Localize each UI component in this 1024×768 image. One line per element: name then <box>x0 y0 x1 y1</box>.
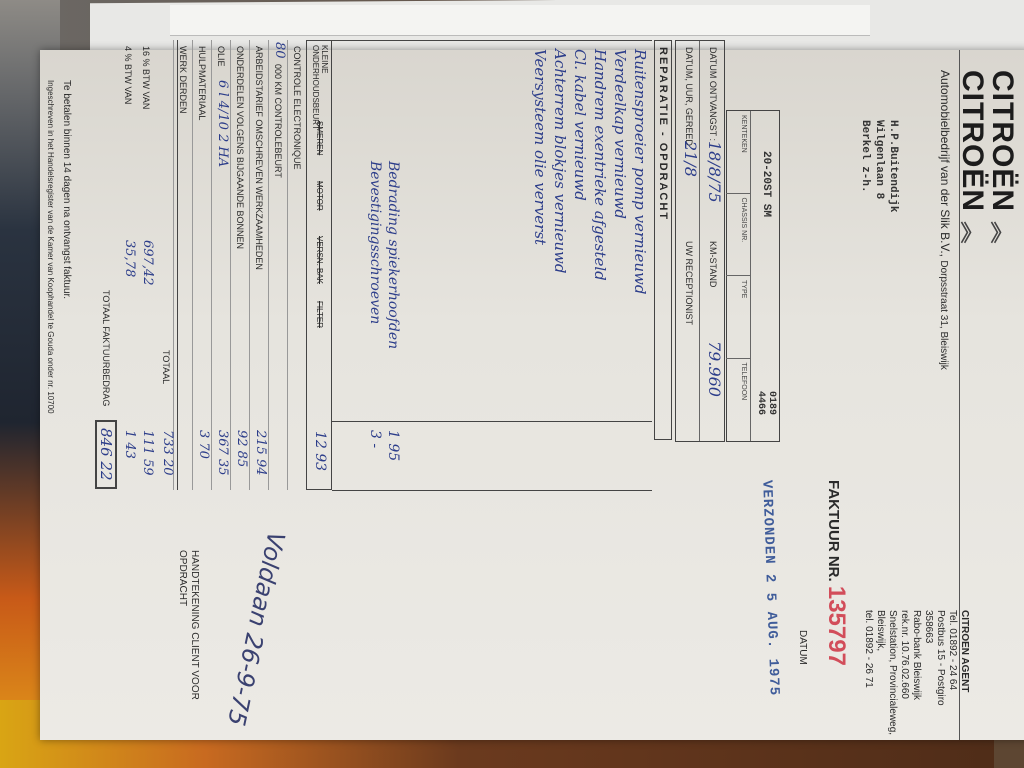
agent-line: tel. 01892 - 26 71 <box>862 610 874 740</box>
extra-lines: Bedrading spiekerhoofden Bevestigingssch… <box>366 161 402 349</box>
agent-block: CITROEN AGENT Tel. 01892 - 24 64 Postbus… <box>862 610 970 740</box>
cost-hand: 80 <box>272 42 287 59</box>
vat-base-16: 697,42 <box>140 240 155 286</box>
cost-amount: 367 35 <box>215 430 230 476</box>
repair-line: Veersysteem olie ververst <box>530 49 550 295</box>
chevron-logo-icon: ︽ <box>988 221 1013 244</box>
cost-label: 000 KM CONTROLEBEURT <box>273 64 283 178</box>
cost-line: CONTROLE ELECTRONIQUE <box>287 40 306 490</box>
signature-handwritten: Voldaan 26-9-75 <box>222 529 290 728</box>
invoice-number-block: FAKTUUR NR. 135797 <box>822 480 850 666</box>
cost-line: 80 000 KM CONTROLEBEURT <box>268 40 287 490</box>
customer-address: H.P.Buitendijk Wilgenlaan 8 Berkel z-h. <box>858 120 900 212</box>
totals-block: TOTAAL 733 20 16 % BTW VAN 697,42 111 59… <box>77 40 178 490</box>
label-type: TYPE <box>740 280 747 298</box>
extra-amount: 1 95 <box>384 430 402 461</box>
vat-label-16: 16 % BTW VAN <box>141 46 151 109</box>
receptionist-label: UW RECEPTIONIST <box>684 241 694 325</box>
underlying-paper-top <box>170 5 870 36</box>
ready-label: DATUM, UUR, GEREED <box>684 47 694 146</box>
cost-label: WERK DERDEN <box>178 46 188 114</box>
vat-base-4: 35,78 <box>122 240 137 277</box>
repair-line: Cl. kabel vernieuwd <box>570 49 590 295</box>
km-value: 79.960 <box>705 341 724 397</box>
extra-line: Bedrading spiekerhoofden <box>385 161 401 349</box>
invoice-number-label: FAKTUUR NR. <box>825 480 842 582</box>
cost-line: ARBEIDSTARIEF OMSCHREVEN WERKZAAMHEDEN 2… <box>249 40 268 490</box>
extra-amount: 3 - <box>366 430 384 461</box>
brand-name: CITROËN <box>986 70 1019 212</box>
signature-label-line: HANDTEKENING CLIENT VOOR <box>188 550 200 700</box>
received-value: 18/8/75 <box>705 141 724 203</box>
chevron-logo-icon-2: ︽ <box>958 221 983 244</box>
grand-total-value: 846 22 <box>95 420 117 489</box>
dates-divider <box>699 41 700 441</box>
invoice-sheet: CITROËN ︽ CITROËN ︽ Automobielbedrijf va… <box>40 50 1024 740</box>
company-name: Automobielbedrijf van der Slik B.V., <box>938 70 952 257</box>
option-filter[interactable]: FILTER <box>315 301 324 328</box>
dates-box: DATUM ONTVANGST : 18/8/75 KM-STAND 79.96… <box>675 40 725 442</box>
repair-line: Handrem exentrieke afgesteld <box>590 49 610 295</box>
maintenance-row: KLEINE ONDERHOUDSBEURT SMEREN MOTOR VERS… <box>306 40 332 490</box>
repair-header: REPARATIE - OPDRACHT <box>654 40 672 440</box>
cost-label: ONDERDELEN VOLGENS BIJGAANDE BONNEN <box>235 46 245 249</box>
cost-line: ONDERDELEN VOLGENS BIJGAANDE BONNEN 92 8… <box>230 40 249 490</box>
repair-line: Ruitensproeier pomp vernieuwd <box>630 49 650 295</box>
cost-label: ARBEIDSTARIEF OMSCHREVEN WERKZAAMHEDEN <box>254 46 264 270</box>
vat-amount-4: 1 43 <box>122 430 137 459</box>
repair-lines: Ruitensproeier pomp vernieuwd Verdeelkap… <box>530 49 650 295</box>
repair-line: Verdeelkap vernieuwd <box>610 49 630 295</box>
customer-city: Berkel z-h. <box>858 120 872 212</box>
company-line: Automobielbedrijf van der Slik B.V., Dor… <box>937 70 952 370</box>
amount-column: 1 95 3 - <box>332 420 652 491</box>
maintenance-label: KLEINE ONDERHOUDSBEURT <box>311 45 329 105</box>
license-plate: 20-20ST SM <box>759 151 773 217</box>
customer-street: Wilgenlaan 8 <box>872 120 886 212</box>
sent-stamp: VERZONDEN 2 5 AUG. 1975 <box>758 480 782 697</box>
agent-line: Rabo-bank Bleiswijk <box>910 610 922 740</box>
option-smeren[interactable]: SMEREN <box>315 121 324 155</box>
phone-typed: 0189 4466 <box>755 391 777 415</box>
vat-label-4: 4 % BTW VAN <box>123 46 133 104</box>
option-motor[interactable]: MOTOR <box>315 181 324 211</box>
ready-value: 21/8 <box>681 141 700 177</box>
extra-line: Bevestigingsschroeven <box>367 161 383 324</box>
invoice-number: 135797 <box>823 586 850 666</box>
label-kenteken: KENTEKEN <box>740 115 747 153</box>
phone-line: 4466 <box>755 391 766 415</box>
option-versn-bak[interactable]: VERSN. BAK <box>315 236 324 284</box>
received-label: DATUM ONTVANGST : <box>708 47 718 141</box>
agent-line: Snelstation, Provincialeweg, Bleiswijk, <box>874 610 898 740</box>
signature-label: HANDTEKENING CLIENT VOOR OPDRACHT <box>176 550 200 700</box>
customer-name: H.P.Buitendijk <box>886 120 900 212</box>
cost-lines: CONTROLE ELECTRONIQUE 80 000 KM CONTROLE… <box>173 40 306 490</box>
agent-line: rek.nr. 10.76.02.660 <box>898 610 910 740</box>
vehicle-box: 20-20ST SM 0189 4466 KENTEKEN CHASSIS NR… <box>726 110 780 442</box>
company-address: Dorpsstraat 31, Bleiswijk <box>938 260 949 369</box>
label-telefoon: TELEFOON <box>740 363 747 401</box>
total-label: TOTAAL <box>161 350 171 384</box>
brand-name-2: CITROËN <box>956 70 989 212</box>
brand-logo: CITROËN ︽ CITROËN ︽ <box>956 70 1016 244</box>
grand-total-label: TOTAAL FAKTUURBEDRAG <box>101 290 111 406</box>
cost-line: HULPMATERIAAL 3 70 <box>192 40 211 490</box>
payment-terms: Te betalen binnen 14 dagen na ontvangst … <box>60 80 72 299</box>
registry-footer: Ingeschreven in het Handelsregister van … <box>45 80 55 414</box>
cost-amount: 3 70 <box>196 430 211 459</box>
cost-amount: 92 85 <box>234 430 249 467</box>
date-label: DATUM <box>796 630 808 665</box>
vehicle-labels-row: KENTEKEN CHASSIS NR. TYPE TELEFOON <box>726 111 751 441</box>
maintenance-amount: 12 93 <box>312 431 328 471</box>
cost-label: OLIE <box>216 46 226 67</box>
cost-hand: 6 l 4/10 2 HA <box>215 80 230 167</box>
cost-line: OLIE 6 l 4/10 2 HA 367 35 <box>211 40 230 490</box>
extra-amounts: 1 95 3 - <box>366 430 402 461</box>
km-label: KM-STAND <box>708 241 718 287</box>
label-chassis: CHASSIS NR. <box>740 198 747 243</box>
repair-lines-area: Ruitensproeier pomp vernieuwd Verdeelkap… <box>332 40 652 422</box>
cost-amount: 215 94 <box>253 430 268 476</box>
total-value: 733 20 <box>160 430 175 476</box>
agent-line: Postbus 15 - Postgiro 358663 <box>922 610 946 740</box>
phone-line: 0189 <box>766 391 777 415</box>
cost-label: HULPMATERIAAL <box>197 46 207 120</box>
agent-line: CITROEN AGENT <box>958 610 970 740</box>
signature-label-line: OPDRACHT <box>176 550 188 700</box>
vat-amount-16: 111 59 <box>140 430 155 476</box>
repair-line: Achterrem blokjes vernieuwd <box>550 49 570 295</box>
cost-label: CONTROLE ELECTRONIQUE <box>292 46 302 170</box>
agent-line: Tel. 01892 - 24 64 <box>946 610 958 740</box>
